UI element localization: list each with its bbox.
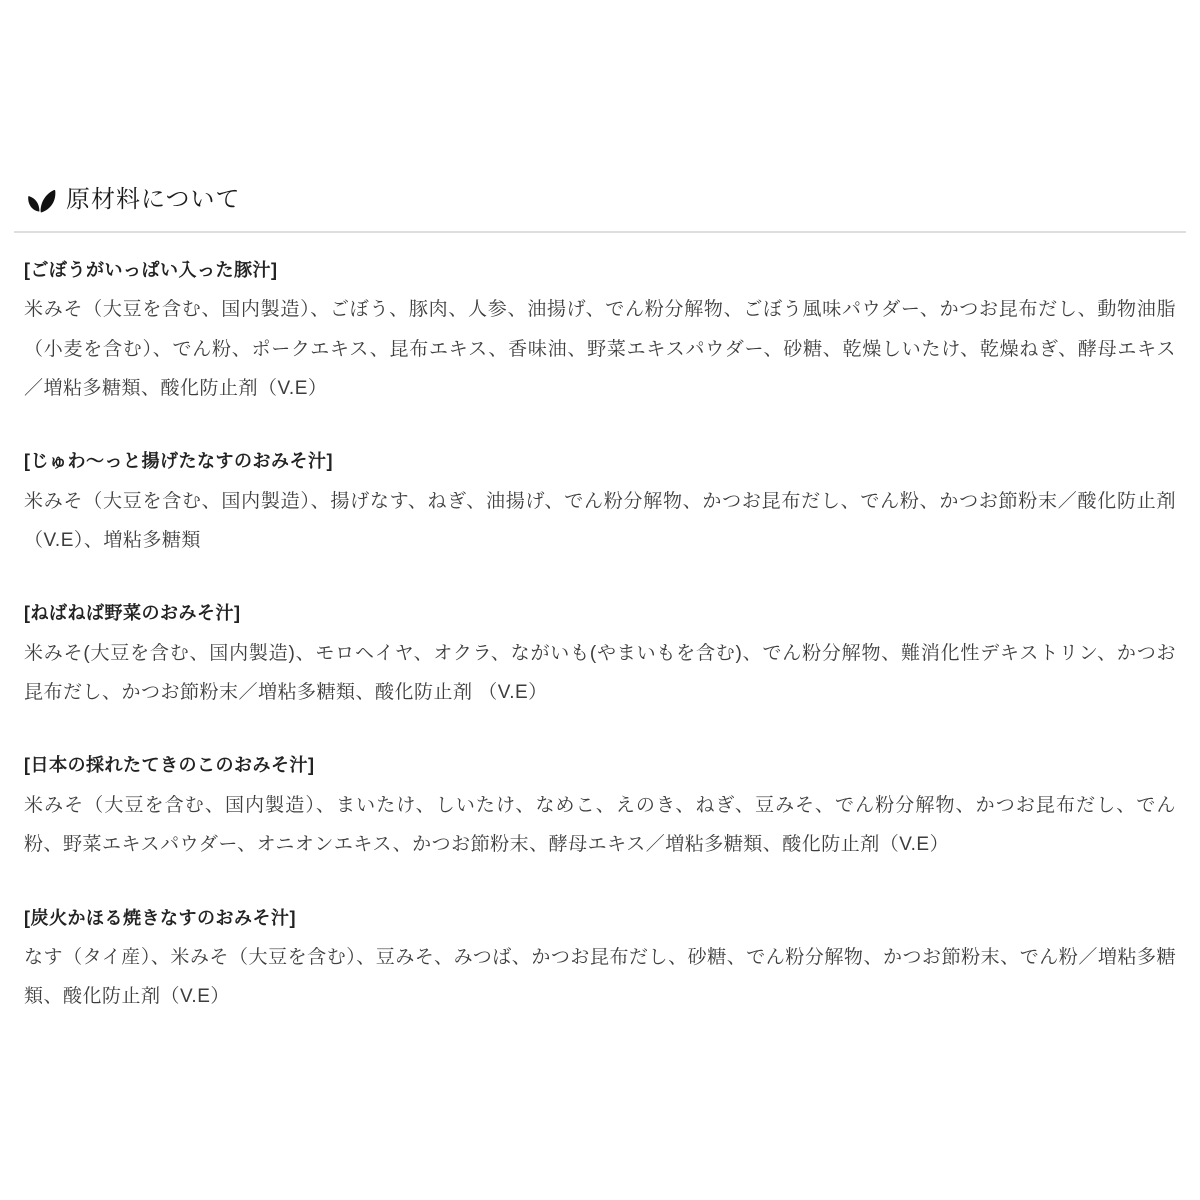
section-ingredients: 米みそ（大豆を含む、国内製造）、ごぼう、豚肉、人参、油揚げ、でん粉分解物、ごぼう… (24, 290, 1176, 408)
section-heading: [ねばねば野菜のおみそ汁] (24, 602, 1176, 625)
section-ingredients: 米みそ（大豆を含む、国内製造）、揚げなす、ねぎ、油揚げ、でん粉分解物、かつお昆布… (24, 482, 1176, 561)
section-heading: [ごぼうがいっぱい入った豚汁] (24, 259, 1176, 282)
section-ingredients: 米みそ(大豆を含む、国内製造)、モロヘイヤ、オクラ、ながいも(やまいもを含む)、… (24, 634, 1176, 713)
ingredients-section-tonjiru: [ごぼうがいっぱい入った豚汁] 米みそ（大豆を含む、国内製造）、ごぼう、豚肉、人… (24, 259, 1176, 408)
sprout-leaves-icon (24, 185, 57, 215)
section-heading: [日本の採れたてきのこのおみそ汁] (24, 754, 1176, 777)
ingredients-section-yakinasu: [炭火かほる焼きなすのおみそ汁] なす（タイ産）、米みそ（大豆を含む）、豆みそ、… (24, 907, 1176, 1017)
ingredients-section-agenasu: [じゅわ～っと揚げたなすのおみそ汁] 米みそ（大豆を含む、国内製造）、揚げなす、… (24, 450, 1176, 560)
section-heading: [炭火かほる焼きなすのおみそ汁] (24, 907, 1176, 930)
section-header: 原材料について (24, 185, 1176, 215)
ingredients-section-kinoko: [日本の採れたてきのこのおみそ汁] 米みそ（大豆を含む、国内製造）、まいたけ、し… (24, 754, 1176, 864)
section-ingredients: 米みそ（大豆を含む、国内製造）、まいたけ、しいたけ、なめこ、えのき、ねぎ、豆みそ… (24, 786, 1176, 865)
section-heading: [じゅわ～っと揚げたなすのおみそ汁] (24, 450, 1176, 473)
page-title: 原材料について (66, 185, 241, 215)
ingredients-page: 原材料について [ごぼうがいっぱい入った豚汁] 米みそ（大豆を含む、国内製造）、… (0, 0, 1200, 1017)
ingredients-section-nebaneba: [ねばねば野菜のおみそ汁] 米みそ(大豆を含む、国内製造)、モロヘイヤ、オクラ、… (24, 602, 1176, 712)
section-ingredients: なす（タイ産）、米みそ（大豆を含む）、豆みそ、みつば、かつお昆布だし、砂糖、でん… (24, 938, 1176, 1017)
header-divider (14, 231, 1186, 233)
